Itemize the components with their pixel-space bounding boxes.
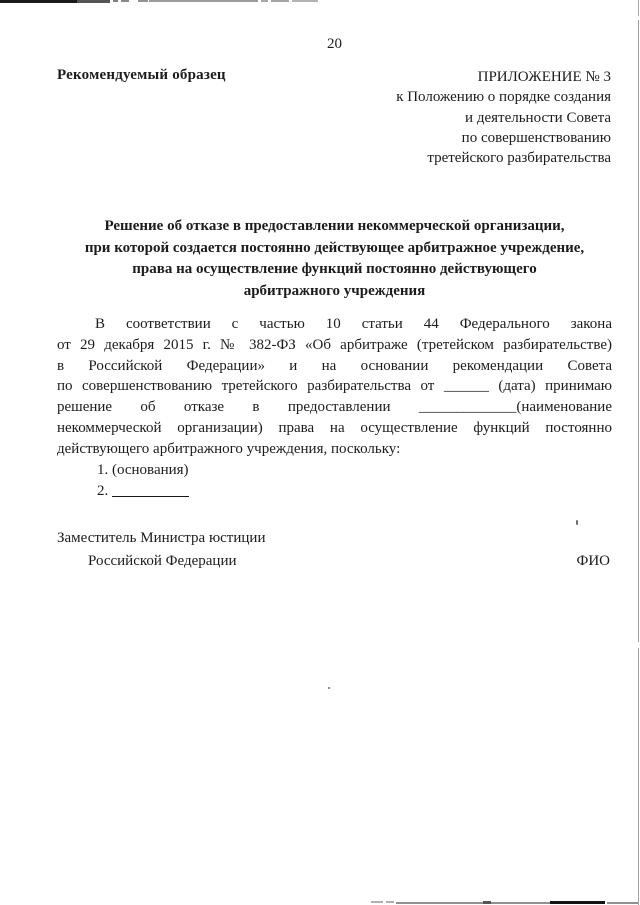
appendix-line: к Положению о порядке создания (396, 87, 611, 107)
title-line: Решение об отказе в предоставлении неком… (57, 216, 612, 238)
body-line: по совершенствованию третейского разбира… (57, 376, 612, 397)
scan-artifact-bottom (386, 901, 394, 903)
recommended-sample-label: Рекомендуемый образец (57, 67, 226, 84)
document-title: Решение об отказе в предоставлении неком… (57, 216, 612, 302)
scan-artifact-top (292, 0, 318, 2)
signer-position-line1: Заместитель Министра юстиции (57, 527, 610, 550)
scan-artifact-top (149, 0, 258, 2)
scan-artifact-top (121, 0, 129, 2)
scan-speck (576, 520, 578, 525)
document-page: 20 Рекомендуемый образец ПРИЛОЖЕНИЕ № 3 … (0, 0, 640, 905)
scan-artifact-right (638, 648, 640, 905)
scan-artifact-bottom (491, 902, 550, 904)
scan-artifact-top (261, 0, 268, 2)
list-number: 2. (97, 483, 108, 499)
scan-artifact-top (77, 0, 110, 3)
body-line: от 29 декабря 2015 г. № 382-ФЗ «Об арбит… (57, 335, 612, 356)
title-line: права на осуществление функций постоянно… (57, 259, 612, 281)
scan-artifact-top (0, 0, 77, 3)
blank-line (112, 496, 189, 497)
scan-artifact-bottom (607, 902, 638, 904)
scan-artifact-right (638, 0, 640, 16)
scan-speck (328, 687, 330, 689)
appendix-line: по совершенствованию (396, 128, 611, 148)
appendix-block: ПРИЛОЖЕНИЕ № 3 к Положению о порядке соз… (396, 67, 611, 168)
list-item-grounds: 1. (основания) (57, 460, 612, 481)
list-text: (основания) (112, 462, 189, 478)
scan-artifact-bottom (483, 901, 491, 904)
body-line: некоммерческой организации) права на осу… (57, 418, 612, 439)
list-number: 1. (97, 462, 108, 478)
signature-block: Заместитель Министра юстиции Российской … (57, 527, 610, 573)
signer-name-placeholder: ФИО (576, 550, 610, 573)
body-paragraph: В соответствии с частью 10 статьи 44 Фед… (57, 314, 612, 502)
signer-position-line2: Российской Федерации (57, 550, 610, 573)
appendix-line: и деятельности Совета (396, 108, 611, 128)
list-item-blank: 2. (57, 481, 612, 502)
scan-artifact-right (638, 20, 640, 642)
scan-artifact-bottom (371, 901, 383, 903)
page-number: 20 (57, 36, 612, 53)
appendix-line: третейского разбирательства (396, 148, 611, 168)
title-line: арбитражного учреждения (57, 281, 612, 303)
title-line: при которой создается постоянно действую… (57, 238, 612, 260)
scan-artifact-top (113, 0, 118, 2)
scan-artifact-bottom (396, 902, 483, 904)
scan-artifact-top (138, 0, 148, 2)
body-line: действующего арбитражного учреждения, по… (57, 439, 612, 460)
body-line: в Российской Федерации» и на основании р… (57, 356, 612, 377)
appendix-line: ПРИЛОЖЕНИЕ № 3 (396, 67, 611, 87)
body-line: решение об отказе в предоставлении _____… (57, 397, 612, 418)
body-line: В соответствии с частью 10 статьи 44 Фед… (57, 314, 612, 335)
scan-artifact-bottom (550, 901, 605, 905)
scan-artifact-top (271, 0, 289, 2)
